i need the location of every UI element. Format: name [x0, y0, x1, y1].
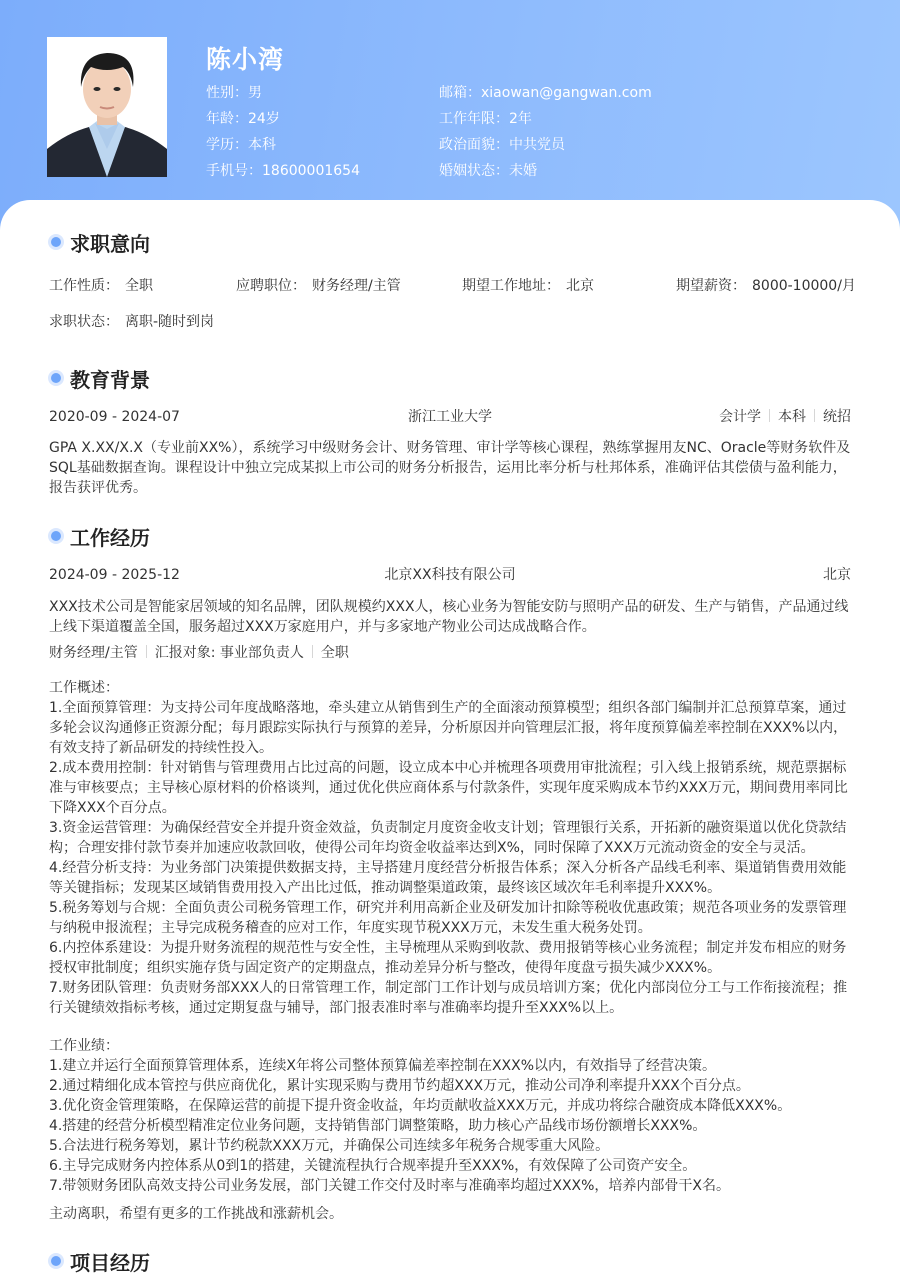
- info-value: 男: [248, 85, 262, 101]
- field-label: 期望工作地址：: [462, 278, 560, 294]
- achievement-item: 6.主导完成财务内控体系从0到1的搭建，关键流程执行合规率提升至XXX%，有效保…: [49, 1156, 852, 1176]
- overview-item: 4.经营分析支持：为业务部门决策提供数据支持，主导搭建月度经营分析报告体系；深入…: [49, 858, 852, 898]
- info-value: 本科: [248, 137, 276, 153]
- divider: [814, 409, 815, 422]
- field-value: 财务经理/主管: [312, 278, 401, 294]
- achievements-label: 工作业绩：: [49, 1036, 852, 1056]
- intent-salary: 期望薪资：8000-10000/月: [676, 276, 856, 296]
- work-overview: 工作概述： 1.全面预算管理：为支持公司年度战略落地，牵头建立从销售到生产的全面…: [49, 678, 852, 1018]
- overview-label: 工作概述：: [49, 678, 852, 698]
- info-value: 24岁: [248, 111, 280, 127]
- info-education: 学历：本科: [206, 136, 360, 162]
- info-value: 2年: [509, 111, 532, 127]
- intent-location: 期望工作地址：北京: [462, 276, 594, 296]
- info-work-years: 工作年限：2年: [439, 110, 652, 136]
- info-label: 学历：: [206, 137, 248, 153]
- work-city: 北京: [823, 565, 851, 585]
- field-value: 离职-随时到岗: [125, 314, 214, 330]
- education-major: 会计学: [719, 409, 761, 425]
- overview-item: 1.全面预算管理：为支持公司年度战略落地，牵头建立从销售到生产的全面滚动预算模型…: [49, 698, 852, 758]
- leave-reason: 主动离职，希望有更多的工作挑战和涨薪机会。: [49, 1204, 852, 1224]
- resume-header: 陈小湾 性别：男 年龄：24岁 学历：本科 手机号：18600001654 邮箱…: [0, 0, 900, 230]
- avatar-portrait-icon: [47, 37, 167, 177]
- field-label: 期望薪资：: [676, 278, 746, 294]
- field-value: 北京: [566, 278, 594, 294]
- overview-item: 2.成本费用控制：针对销售与管理费用占比过高的问题，设立成本中心并梳理各项费用审…: [49, 758, 852, 818]
- info-age: 年龄：24岁: [206, 110, 360, 136]
- basic-info-left: 性别：男 年龄：24岁 学历：本科 手机号：18600001654: [206, 84, 360, 188]
- overview-item: 5.税务筹划与合规：全面负责公司税务管理工作，研究并利用高新企业及研发加计扣除等…: [49, 898, 852, 938]
- achievement-item: 7.带领财务团队高效支持公司业务发展，部门关键工作交付及时率与准确率均超过XXX…: [49, 1176, 852, 1196]
- section-title-intent: 求职意向: [49, 229, 150, 255]
- section-title-text: 教育背景: [70, 364, 150, 393]
- section-title-text: 求职意向: [70, 228, 150, 257]
- work-company: 北京XX科技有限公司: [0, 565, 900, 585]
- education-tags: 会计学本科统招: [719, 407, 851, 427]
- divider: [769, 409, 770, 422]
- info-value: xiaowan@gangwan.com: [481, 85, 652, 101]
- info-value: 未婚: [509, 163, 537, 179]
- section-bullet-icon: [51, 531, 61, 541]
- intent-status: 求职状态：离职-随时到岗: [49, 312, 214, 332]
- basic-info-right: 邮箱：xiaowan@gangwan.com 工作年限：2年 政治面貌：中共党员…: [439, 84, 652, 188]
- divider: [146, 645, 147, 658]
- field-label: 应聘职位：: [236, 278, 306, 294]
- education-degree: 本科: [778, 409, 806, 425]
- achievement-item: 5.合法进行税务筹划，累计节约税款XXX万元，并确保公司连续多年税务合规零重大风…: [49, 1136, 852, 1156]
- overview-item: 7.财务团队管理：负责财务部XXX人的日常管理工作，制定部门工作计划与成员培训方…: [49, 978, 852, 1018]
- education-description: GPA X.XX/X.X（专业前XX%），系统学习中级财务会计、财务管理、审计学…: [49, 438, 852, 498]
- info-label: 邮箱：: [439, 85, 481, 101]
- info-gender: 性别：男: [206, 84, 360, 110]
- info-label: 政治面貌：: [439, 137, 509, 153]
- section-title-text: 项目经历: [70, 1247, 150, 1275]
- work-report-to: 汇报对象: 事业部负责人: [155, 645, 304, 661]
- info-label: 婚姻状态：: [439, 163, 509, 179]
- achievement-item: 4.搭建的经营分析模型精准定位业务问题，支持销售部门调整策略，助力核心产品线市场…: [49, 1116, 852, 1136]
- section-bullet-icon: [51, 373, 61, 383]
- education-type: 统招: [823, 409, 851, 425]
- work-job-type: 全职: [321, 645, 349, 661]
- work-role: 财务经理/主管: [49, 645, 138, 661]
- info-email: 邮箱：xiaowan@gangwan.com: [439, 84, 652, 110]
- section-title-text: 工作经历: [70, 522, 150, 551]
- field-label: 工作性质：: [49, 278, 119, 294]
- work-role-tags: 财务经理/主管汇报对象: 事业部负责人全职: [49, 643, 349, 663]
- overview-item: 3.资金运营管理：为确保经营安全并提升资金效益，负责制定月度资金收支计划；管理银…: [49, 818, 852, 858]
- info-label: 手机号：: [206, 163, 262, 179]
- section-bullet-icon: [51, 237, 61, 247]
- section-title-work: 工作经历: [49, 523, 150, 549]
- info-phone: 手机号：18600001654: [206, 162, 360, 188]
- info-political-status: 政治面貌：中共党员: [439, 136, 652, 162]
- info-label: 年龄：: [206, 111, 248, 127]
- info-value: 18600001654: [262, 163, 360, 179]
- field-value: 8000-10000/月: [752, 278, 856, 294]
- info-marital-status: 婚姻状态：未婚: [439, 162, 652, 188]
- field-value: 全职: [125, 278, 153, 294]
- intent-job-type: 工作性质：全职: [49, 276, 153, 296]
- section-bullet-icon: [51, 1256, 61, 1266]
- field-label: 求职状态：: [49, 314, 119, 330]
- candidate-name: 陈小湾: [206, 40, 284, 76]
- achievement-item: 2.通过精细化成本管控与供应商优化，累计实现采购与费用节约超XXX万元，推动公司…: [49, 1076, 852, 1096]
- divider: [312, 645, 313, 658]
- profile-photo: [47, 37, 167, 177]
- work-achievements: 工作业绩： 1.建立并运行全面预算管理体系，连续X年将公司整体预算偏差率控制在X…: [49, 1036, 852, 1196]
- section-title-education: 教育背景: [49, 365, 150, 391]
- company-description: XXX技术公司是智能家居领域的知名品牌，团队规模约XXX人，核心业务为智能安防与…: [49, 597, 852, 637]
- achievement-item: 1.建立并运行全面预算管理体系，连续X年将公司整体预算偏差率控制在XXX%以内，…: [49, 1056, 852, 1076]
- info-value: 中共党员: [509, 137, 565, 153]
- section-title-projects: 项目经历: [49, 1248, 150, 1274]
- intent-position: 应聘职位：财务经理/主管: [236, 276, 401, 296]
- info-label: 工作年限：: [439, 111, 509, 127]
- overview-item: 6.内控体系建设：为提升财务流程的规范性与安全性，主导梳理从采购到收款、费用报销…: [49, 938, 852, 978]
- achievement-item: 3.优化资金管理策略，在保障运营的前提下提升资金收益，年均贡献收益XXX万元，并…: [49, 1096, 852, 1116]
- info-label: 性别：: [206, 85, 248, 101]
